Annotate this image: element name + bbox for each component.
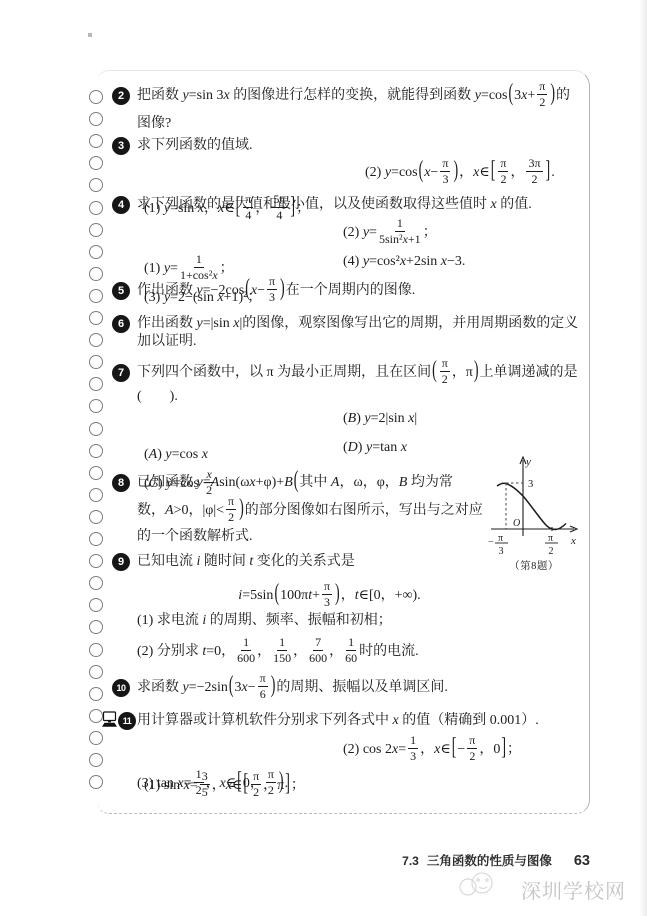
problem-number-badge: 4: [112, 196, 130, 214]
binder-hole: [89, 333, 103, 347]
problem-number-badge: 9: [112, 553, 130, 571]
subitem-2: (2) cos 2x=13，x∈[−π2，0]；: [343, 732, 521, 768]
binder-hole: [89, 156, 103, 170]
binder-hole: [89, 267, 103, 281]
binder-hole: [89, 90, 103, 104]
binder-hole: [89, 687, 103, 701]
binder-hole: [89, 399, 103, 413]
binder-hole: [89, 245, 103, 259]
y-axis-label: y: [525, 456, 531, 468]
problem-5-line: 作出函数 y=−2cos(x−π3)在一个周期内的图像.: [137, 273, 587, 309]
problem-11-subitem: (3) tan x=12，x∈[0，π2).: [137, 766, 587, 802]
problem-10-line: 求函数 y=−2sin(3x−π6)的周期、振幅以及单调区间.: [137, 670, 587, 706]
binder-hole: [89, 178, 103, 192]
binder-hole: [89, 223, 103, 237]
problem-number-badge: 7: [112, 364, 130, 382]
binder-hole: [89, 576, 103, 590]
binder-hole: [89, 775, 103, 789]
problem-9-line: 已知电流 i 随时间 t 变化的关系式是: [137, 544, 587, 580]
binder-hole: [89, 510, 103, 524]
binder-hole: [89, 112, 103, 126]
binder-hole: [89, 488, 103, 502]
watermark-text: 深圳学校网: [521, 875, 626, 904]
problem-number-badge: 2: [112, 87, 130, 105]
binder-hole: [89, 620, 103, 634]
scan-speck: [88, 33, 92, 37]
sine-curve: [497, 483, 566, 529]
page-edge-shadow: [639, 0, 647, 916]
watermark-logo: [456, 870, 500, 905]
subitem-2: (2) y=cos(x−π3)，x∈[π2，3π2].: [365, 155, 555, 191]
binder-hole: [89, 598, 103, 612]
binder-hole: [89, 311, 103, 325]
page-footer: 7.3三角函数的性质与图像63: [0, 851, 590, 870]
max-value-label: 3: [528, 479, 533, 490]
binder-hole: [89, 665, 103, 679]
tick-left-numerator: π: [498, 533, 503, 544]
section-title: 三角函数的性质与图像: [427, 854, 552, 868]
page-number: 63: [574, 853, 590, 869]
binder-hole: [89, 554, 103, 568]
binder-hole: [89, 355, 103, 369]
binder-hole: [89, 422, 103, 436]
problem-number-badge: 5: [112, 282, 130, 300]
origin-label: O: [513, 518, 520, 529]
tick-right-numerator: π: [548, 533, 553, 544]
computer-icon: [100, 711, 119, 733]
option-d: (D) y=tan x: [343, 430, 407, 466]
problem-number-badge: 3: [112, 137, 130, 155]
binder-hole: [89, 466, 103, 480]
problem-number-badge: 11: [118, 712, 136, 730]
binder-hole: [89, 753, 103, 767]
binder-hole: [89, 201, 103, 215]
problem-3-subitems: (1) y=sin x，x∈[π4，5π4]； (2) y=cos(x−π3)，…: [137, 155, 587, 191]
section-number: 7.3: [402, 854, 419, 868]
binder-hole: [89, 289, 103, 303]
binder-hole: [89, 377, 103, 391]
problem-9-subitem: (2) 分别求 t=0，1600，1150，7600，160时的电流.: [137, 634, 587, 670]
binder-hole: [89, 643, 103, 657]
problem-number-badge: 10: [112, 679, 130, 697]
problem-number-badge: 6: [112, 315, 130, 333]
binder-hole: [89, 532, 103, 546]
binder-hole: [89, 444, 103, 458]
problem-11-subitems: (1) sin x=35，x∈[π2，π]； (2) cos 2x=13，x∈[…: [137, 732, 587, 768]
binder-hole: [89, 134, 103, 148]
problem-number-badge: 8: [112, 474, 130, 492]
